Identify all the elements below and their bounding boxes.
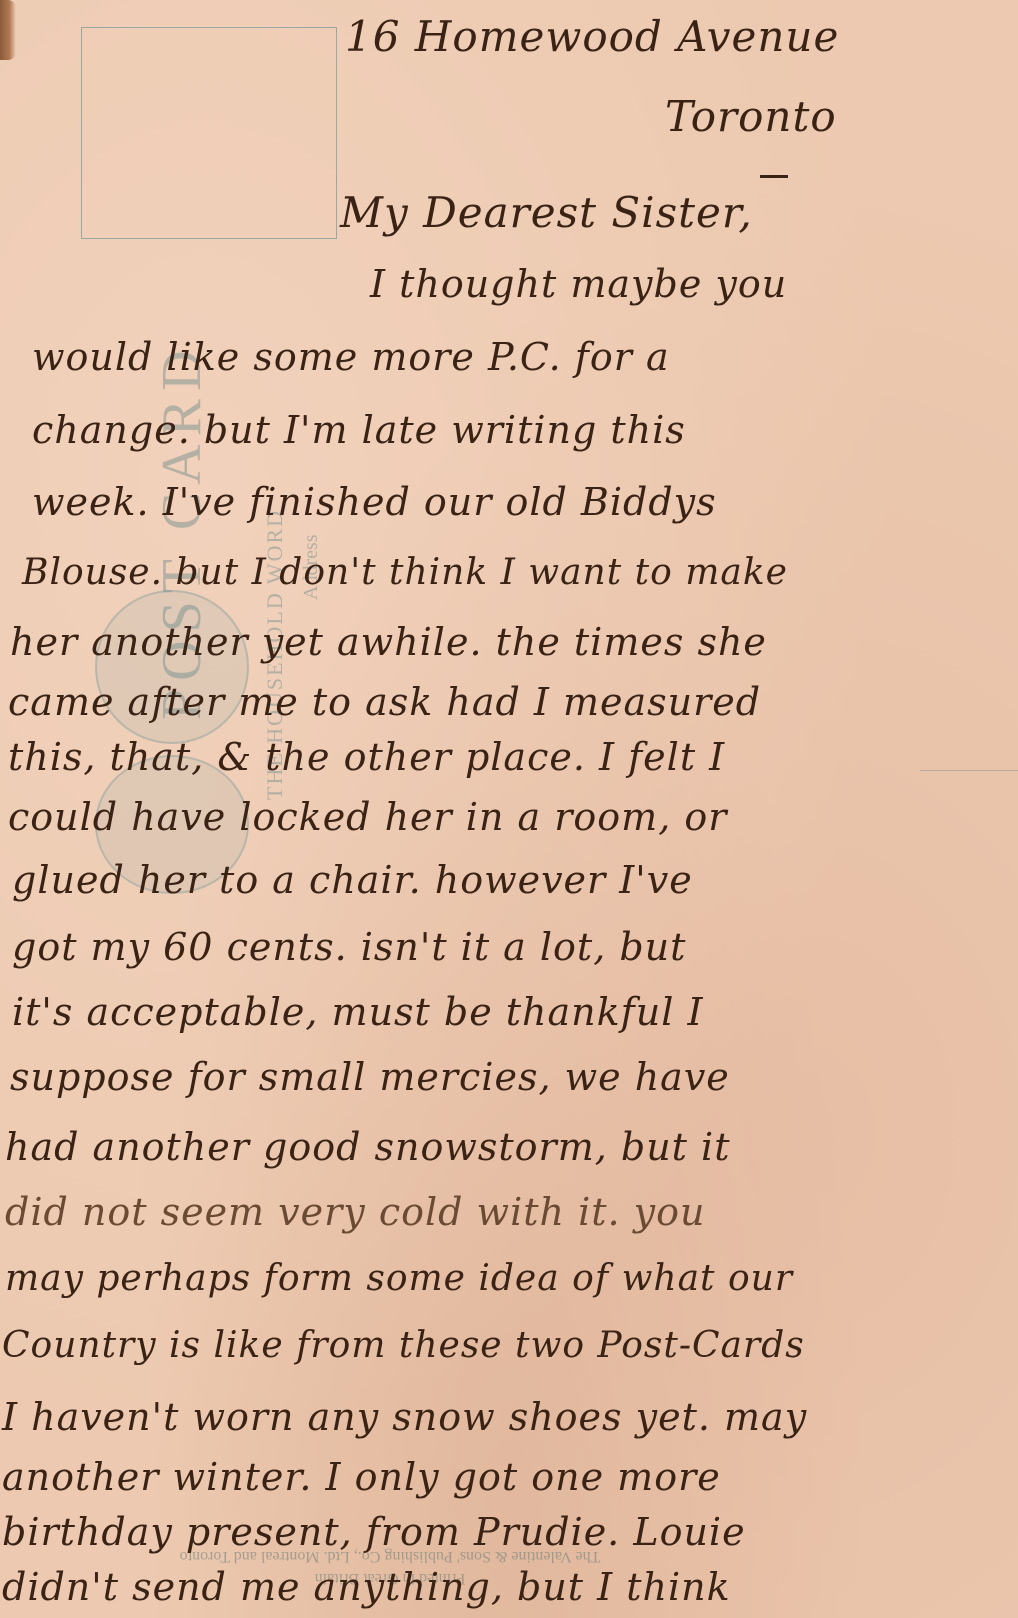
letter-line: it's acceptable, must be thankful I — [12, 990, 703, 1034]
letter-line: had another good snowstorm, but it — [5, 1125, 730, 1169]
letter-line: got my 60 cents. isn't it a lot, but — [12, 925, 686, 969]
letter-line: did not seem very cold with it. you — [5, 1190, 705, 1234]
separator-dash — [760, 175, 788, 178]
letter-line: could have locked her in a room, or — [8, 795, 727, 839]
letter-line: suppose for small mercies, we have — [10, 1055, 730, 1099]
letter-line: Blouse. but I don't think I want to make — [22, 552, 788, 593]
letter-line: this, that, & the other place. I felt I — [8, 735, 725, 779]
letter-line: I haven't worn any snow shoes yet. may — [2, 1395, 807, 1439]
letter-line: change. but I'm late writing this — [32, 408, 686, 452]
letter-line: would like some more P.C. for a — [32, 335, 670, 379]
letter-line: glued her to a chair. however I've — [12, 858, 693, 902]
letter-line: her another yet awhile. the times she — [10, 620, 767, 664]
letter-line: may perhaps form some idea of what our — [5, 1258, 793, 1299]
salutation: My Dearest Sister, — [340, 188, 753, 237]
printed-divider — [920, 770, 1018, 771]
letter-line: I thought maybe you — [370, 262, 787, 306]
address-line-1: 16 Homewood Avenue — [345, 12, 839, 61]
address-line-2: Toronto — [665, 92, 837, 141]
letter-line: birthday present, from Prudie. Louie — [2, 1510, 746, 1554]
letter-line: week. I've finished our old Biddys — [32, 480, 717, 524]
paper-stain — [0, 0, 16, 60]
letter-line: didn't send me anything, but I think — [2, 1565, 731, 1609]
letter-line: another winter. I only got one more — [2, 1455, 721, 1499]
letter-line: came after me to ask had I measured — [8, 680, 761, 724]
letter-line: Country is like from these two Post-Card… — [2, 1325, 805, 1366]
stamp-box — [81, 27, 337, 239]
